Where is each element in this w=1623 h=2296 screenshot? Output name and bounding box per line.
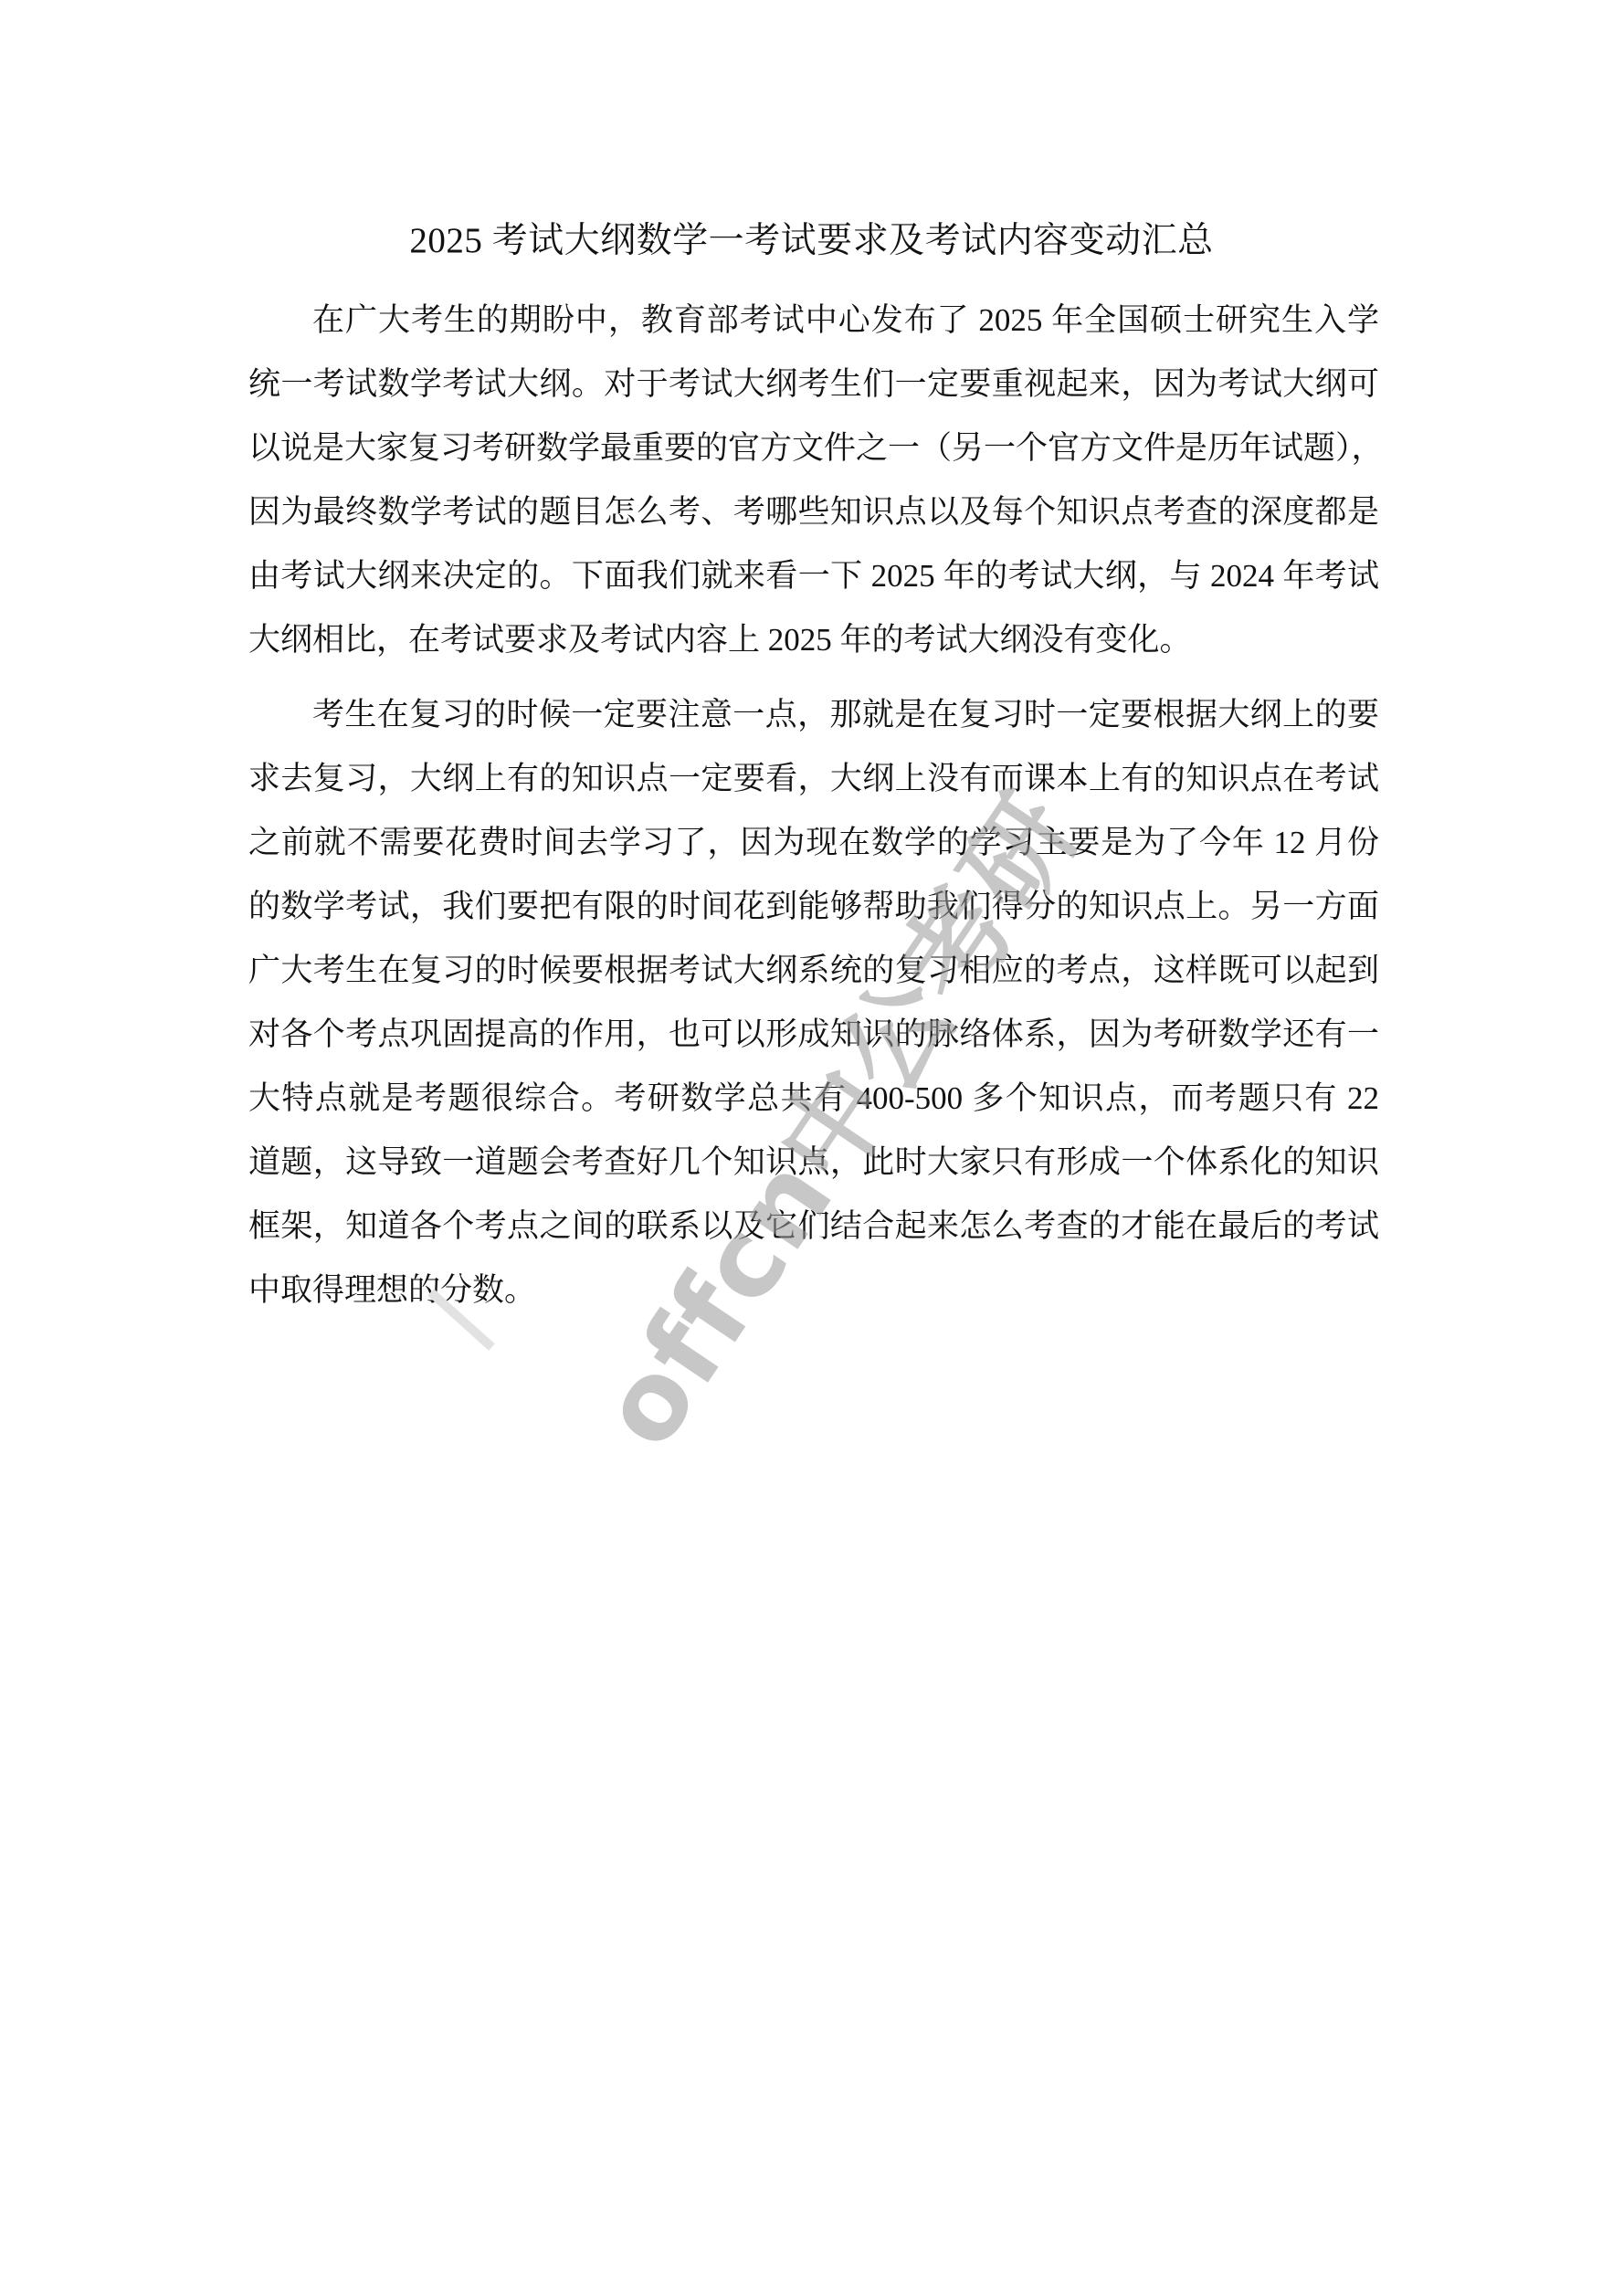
paragraph-1-line-2: 统一考试数学考试大纲。对于考试大纲考生们一定要重视起来，因为考试大纲可 <box>248 353 1379 416</box>
paragraph-2-line-10: 中取得理想的分数。 <box>248 1259 1379 1322</box>
paragraph-2-line-7: 大特点就是考题很综合。考研数学总共有 400-500 多个知识点，而考题只有 2… <box>248 1067 1379 1131</box>
paragraph-2-line-8: 道题，这导致一道题会考查好几个知识点，此时大家只有形成一个体系化的知识 <box>248 1131 1379 1195</box>
paragraph-1-line-4: 因为最终数学考试的题目怎么考、考哪些知识点以及每个知识点考查的深度都是 <box>248 480 1379 544</box>
paragraph-2-line-1: 考生在复习的时候一定要注意一点，那就是在复习时一定要根据大纲上的要 <box>248 683 1379 747</box>
paragraph-2: 考生在复习的时候一定要注意一点，那就是在复习时一定要根据大纲上的要 求去复习，大… <box>248 683 1379 1322</box>
document-title: 2025 考试大纲数学一考试要求及考试内容变动汇总 <box>0 216 1623 267</box>
document-page: 2025 考试大纲数学一考试要求及考试内容变动汇总 在广大考生的期盼中，教育部考… <box>0 0 1623 2296</box>
paragraph-2-line-2: 求去复习，大纲上有的知识点一定要看，大纲上没有而课本上有的知识点在考试 <box>248 747 1379 811</box>
paragraph-2-line-9: 框架，知道各个考点之间的联系以及它们结合起来怎么考查的才能在最后的考试 <box>248 1195 1379 1259</box>
paragraph-1: 在广大考生的期盼中，教育部考试中心发布了 2025 年全国硕士研究生入学 统一考… <box>248 289 1379 672</box>
paragraph-1-line-1: 在广大考生的期盼中，教育部考试中心发布了 2025 年全国硕士研究生入学 <box>248 289 1379 353</box>
paragraph-2-line-6: 对各个考点巩固提高的作用，也可以形成知识的脉络体系，因为考研数学还有一 <box>248 1003 1379 1067</box>
paragraph-1-line-5: 由考试大纲来决定的。下面我们就来看一下 2025 年的考试大纲，与 2024 年… <box>248 544 1379 608</box>
document-body: 在广大考生的期盼中，教育部考试中心发布了 2025 年全国硕士研究生入学 统一考… <box>248 289 1379 1322</box>
paragraph-2-line-5: 广大考生在复习的时候要根据考试大纲系统的复习相应的考点，这样既可以起到 <box>248 939 1379 1003</box>
paragraph-2-line-4: 的数学考试，我们要把有限的时间花到能够帮助我们得分的知识点上。另一方面 <box>248 875 1379 939</box>
paragraph-2-line-3: 之前就不需要花费时间去学习了，因为现在数学的学习主要是为了今年 12 月份 <box>248 811 1379 875</box>
paragraph-1-line-3: 以说是大家复习考研数学最重要的官方文件之一（另一个官方文件是历年试题）， <box>248 416 1379 480</box>
paragraph-1-line-6: 大纲相比，在考试要求及考试内容上 2025 年的考试大纲没有变化。 <box>248 608 1379 672</box>
